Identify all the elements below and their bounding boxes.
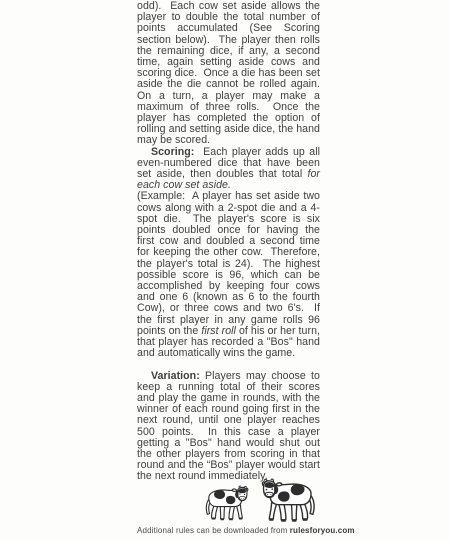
- text-run: Players may choose to keep a running tot…: [137, 370, 323, 483]
- cow-illustration-large: [261, 476, 317, 527]
- text-run: first roll: [201, 325, 236, 337]
- text-run: (Example: A player has set aside two cow…: [137, 190, 323, 336]
- footer-note: Additional rules can be downloaded from …: [137, 526, 320, 535]
- footer-text: Additional rules can be downloaded from: [137, 526, 290, 535]
- footer-site-name: rulesforyou.com: [290, 526, 355, 535]
- paragraph: Variation: Players may choose to keep a …: [137, 371, 320, 483]
- rules-text-column: odd). Each cow set aside allows the play…: [137, 1, 320, 483]
- text-run: odd). Each cow set aside allows the play…: [137, 0, 326, 146]
- rules-page: odd). Each cow set aside allows the play…: [0, 0, 450, 540]
- text-run: Scoring:: [151, 146, 194, 158]
- paragraph: Scoring: Each player adds up all even-nu…: [137, 147, 320, 192]
- cow-illustration-small: [204, 483, 249, 525]
- paragraph: odd). Each cow set aside allows the play…: [137, 1, 320, 147]
- text-run: Variation:: [151, 370, 200, 382]
- paragraph: (Example: A player has set aside two cow…: [137, 191, 320, 359]
